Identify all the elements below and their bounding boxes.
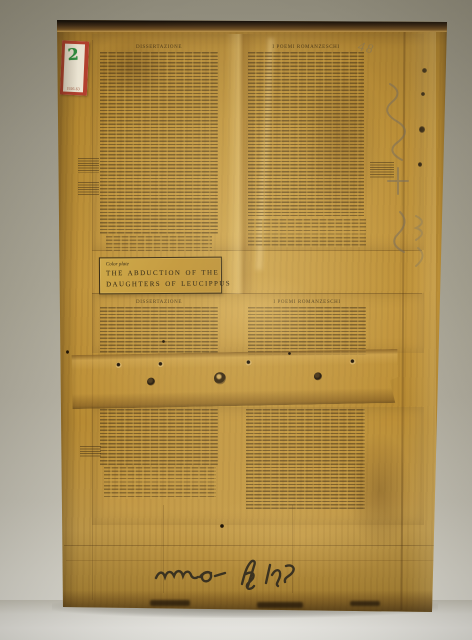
- letterpress-body: [248, 307, 366, 355]
- nail: [314, 372, 322, 380]
- footnote-block-upper-left: [106, 236, 212, 251]
- photo-of-panel-verso: DISSERTAZIONE I POEMI ROMANZESCHI DISSER…: [0, 0, 472, 640]
- footnote-block-lower-left: [104, 467, 216, 499]
- letterpress-body: [248, 52, 364, 216]
- letterpress-body: [100, 409, 218, 465]
- wood-crossbar: [72, 349, 399, 409]
- center-screw: [214, 372, 226, 384]
- footnote-block-upper-right: [248, 219, 366, 247]
- letterpress-body: [246, 409, 365, 509]
- right-edge-shadow: [439, 16, 452, 614]
- right-edge-highlight: [406, 16, 436, 614]
- letterpress-body: [100, 52, 218, 234]
- wood-panel-verso: DISSERTAZIONE I POEMI ROMANZESCHI DISSER…: [50, 16, 452, 614]
- letterpress-footnotes: [104, 467, 216, 499]
- dark-spot: [288, 352, 291, 355]
- margin-note: [78, 182, 99, 195]
- text-column-upper-left: DISSERTAZIONE: [100, 44, 218, 234]
- label-title-line2: DAUGHTERS OF LEUCIPPUS: [106, 279, 216, 291]
- letterpress-body: [100, 307, 218, 353]
- page-edge-left: [92, 40, 93, 600]
- bottom-edge-smudge: [150, 600, 190, 606]
- running-head: DISSERTAZIONE: [100, 299, 218, 306]
- letterpress-footnotes: [106, 236, 212, 251]
- text-column-lower-right: [246, 409, 365, 509]
- dark-spot: [220, 524, 224, 528]
- text-column-upper-right: I POEMI ROMANZESCHI: [248, 44, 364, 216]
- bottom-edge-smudge: [350, 601, 380, 606]
- dark-spot: [162, 340, 165, 343]
- top-edge: [50, 16, 452, 32]
- label-title-line1: THE ABDUCTION OF THE: [106, 268, 216, 280]
- nail: [147, 378, 155, 386]
- text-column-middle-left: DISSERTAZIONE: [100, 299, 218, 353]
- text-column-middle-right: I POEMI ROMANZESCHI: [248, 299, 366, 355]
- running-head: I POEMI ROMANZESCHI: [248, 299, 366, 306]
- title-label: Color plate THE ABDUCTION OF THE DAUGHTE…: [99, 257, 222, 295]
- left-edge-shadow: [50, 16, 78, 614]
- margin-note: [78, 158, 99, 173]
- bottom-edge-smudge: [257, 602, 303, 608]
- margin-note: [80, 446, 101, 457]
- nail: [350, 359, 356, 365]
- nail: [158, 361, 164, 367]
- nail: [246, 360, 252, 366]
- nail: [116, 362, 122, 368]
- seam-horizontal-3: [64, 545, 436, 546]
- text-column-lower-left: [100, 409, 218, 465]
- letterpress-footnotes: [248, 219, 366, 247]
- mirrored-ink-inscription: [150, 556, 315, 592]
- running-head: I POEMI ROMANZESCHI: [248, 44, 364, 51]
- running-head: DISSERTAZIONE: [100, 44, 218, 51]
